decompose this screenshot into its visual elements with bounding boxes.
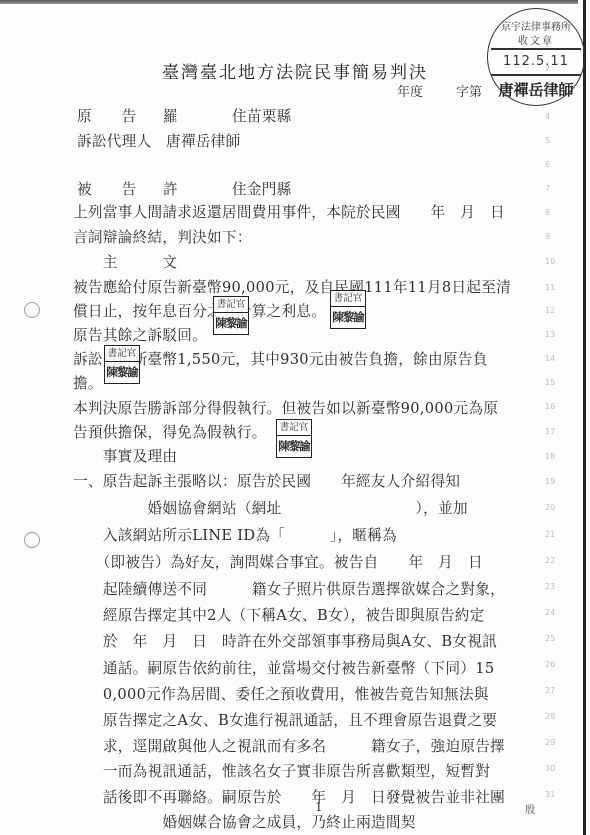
- case-year-label: 年度: [397, 81, 423, 100]
- body-line: 於 年 月 日 時許在外交部領事事務局與A女、B女視訊: [88, 630, 497, 651]
- seal-title: 書記官: [331, 291, 365, 307]
- body-line: 通話。嗣原告依約前往，並當場交付被告新臺幣（下同）15: [88, 657, 494, 678]
- line-number: 13: [545, 330, 555, 339]
- body-line: 言詞辯論終結，判決如下：: [73, 226, 252, 247]
- line-number: 3: [545, 88, 550, 97]
- agent-name: 唐禪岳律師: [166, 130, 240, 151]
- body-line: 被告應給付原告新臺幣90,000元，及自民國111年11月8日起至清: [73, 276, 511, 297]
- body-line: 0,000元作為居間、委任之預收費用，惟被告竟告知無法與: [88, 683, 489, 704]
- plaintiff-address: 住苗栗縣: [232, 105, 292, 126]
- clerk-seal: 書記官 陳黎諭: [330, 290, 366, 329]
- clerk-seal: 書記官 陳黎諭: [213, 296, 249, 335]
- body-line: 入該網站所示LINE ID為「 」，暱稱為: [88, 524, 397, 545]
- defendant-address: 住金門縣: [232, 178, 292, 199]
- line-number: 22: [545, 556, 555, 565]
- body-line: 起陸續傳送不同 籍女子照片供原告選擇欲媒合之對象，: [88, 578, 505, 599]
- line-number: 4: [545, 112, 550, 121]
- line-number: 18: [545, 452, 555, 461]
- line-number: 23: [545, 582, 555, 591]
- line-number: 28: [545, 712, 555, 721]
- section-heading-main: 主 文: [73, 251, 177, 272]
- line-number: 26: [545, 660, 555, 669]
- plaintiff-role: 原 告: [77, 105, 137, 126]
- line-number: 15: [545, 378, 555, 387]
- body-line: 一而為視訊通話，惟該名女子實非原告所喜歡類型，短暫對: [88, 760, 490, 781]
- line-number: 5: [545, 136, 550, 145]
- seal-name: 陳黎諭: [105, 363, 139, 381]
- line-number: 20: [545, 503, 555, 512]
- line-number: 25: [545, 634, 555, 643]
- line-number: 31: [545, 790, 555, 799]
- body-line: 求，逕開啟與他人之視訊而有多名 籍女子，強迫原告擇: [88, 735, 505, 756]
- line-number: 12: [545, 306, 555, 315]
- body-line: 婚姻媒合協會之成員，乃終止兩造間契: [88, 811, 416, 832]
- line-number: 27: [545, 686, 555, 695]
- agent-role: 訴訟代理人: [77, 130, 151, 151]
- line-number: 16: [545, 402, 555, 411]
- binding-hole-icon: [24, 302, 40, 318]
- body-line: 原告其餘之訴駁回。: [73, 324, 207, 345]
- line-number: 21: [545, 530, 555, 539]
- line-number: 1: [545, 40, 550, 49]
- scan-right-border: [583, 0, 586, 835]
- seal-title: 書記官: [277, 420, 311, 436]
- body-line: 本判決原告勝訴部分得假執行。但被告如以新臺幣90,000元為原: [73, 397, 498, 418]
- page-number: 1: [315, 800, 323, 814]
- line-number: 10: [545, 257, 555, 266]
- seal-name: 陳黎諭: [331, 308, 365, 326]
- stamp-office: 京宇法律事務所: [487, 18, 585, 33]
- body-line: 話後即不再聯絡。嗣原告於 年 月 日發覺被告並非社團: [88, 786, 505, 807]
- body-line: 原告擇定之A女、B女進行視訊通話，且不理會原告退費之要: [88, 709, 497, 730]
- line-number: 14: [545, 354, 555, 363]
- body-line: 償日止，按年息百分之五計算之利息。: [73, 300, 326, 321]
- body-line: 婚姻協會網站（網址 ），並加: [73, 497, 468, 518]
- line-number: 24: [545, 608, 555, 617]
- section-heading-facts: 事實及理由: [73, 445, 177, 466]
- body-line: （即被告）為好友，詢問媒合事宜。被告自 年 月 日: [88, 551, 483, 572]
- received-stamp: 京宇法律事務所 收文章 112.5.11 唐禪岳律師: [487, 8, 587, 108]
- case-word-label: 字第: [456, 81, 482, 100]
- clerk-seal: 書記官 陳黎諭: [104, 345, 140, 384]
- stamp-date: 112.5.11: [487, 54, 585, 69]
- line-number: 6: [545, 160, 550, 169]
- page-mark: 殷: [525, 801, 535, 816]
- line-number: 7: [545, 184, 550, 193]
- line-number: 30: [545, 764, 555, 773]
- stamp-lawyer: 唐禪岳律師: [487, 79, 585, 100]
- seal-title: 書記官: [214, 297, 248, 313]
- clerk-seal: 書記官 陳黎諭: [276, 419, 312, 458]
- body-line: 告預供擔保，得免為假執行。: [73, 421, 267, 442]
- seal-title: 書記官: [105, 346, 139, 362]
- line-number: 29: [545, 738, 555, 747]
- line-number: 9: [545, 232, 550, 241]
- body-line: 上列當事人間請求返還居間費用事件，本院於民國 年 月 日: [73, 201, 505, 222]
- line-number: 2: [545, 64, 550, 73]
- line-number: 17: [545, 427, 555, 436]
- scan-top-border: [0, 0, 578, 4]
- stamp-divider: [491, 74, 581, 76]
- line-number: 8: [545, 208, 550, 217]
- body-line: 擔。: [73, 372, 103, 393]
- line-number: 19: [545, 477, 555, 486]
- stamp-divider: [491, 48, 581, 50]
- defendant-name: 許: [163, 178, 178, 199]
- stamp-label: 收文章: [487, 32, 585, 47]
- body-line: 一、原告起訴主張略以：原告於民國 年經友人介紹得知: [73, 470, 460, 491]
- seal-name: 陳黎諭: [214, 314, 248, 332]
- binding-hole-icon: [24, 532, 40, 548]
- seal-name: 陳黎諭: [277, 437, 311, 455]
- body-line: 經原告擇定其中2人（下稱A女、B女），被告即與原告約定: [88, 604, 485, 625]
- line-number: 11: [545, 283, 555, 292]
- defendant-role: 被 告: [77, 178, 137, 199]
- plaintiff-name: 羅: [163, 105, 178, 126]
